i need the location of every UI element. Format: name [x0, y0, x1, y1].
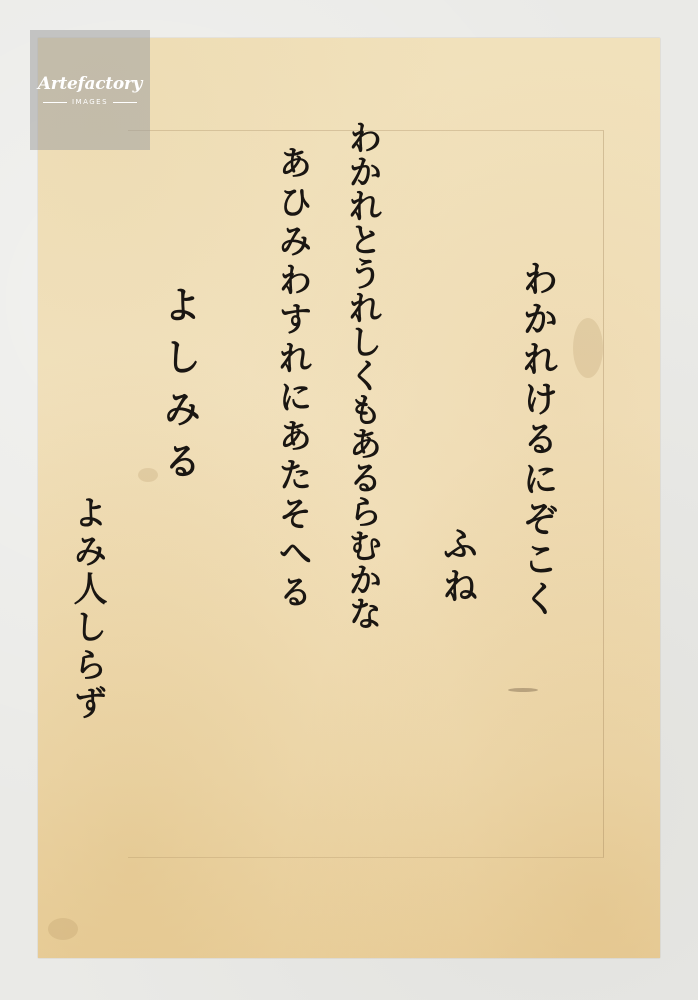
- watermark-subtitle-row: IMAGES: [43, 98, 137, 106]
- watermark-logo: Artefactory IMAGES: [30, 30, 150, 150]
- calligraphy-column-6-author: よみ人しらず: [70, 495, 104, 723]
- calligraphy-column-1: わかれけるにぞこく: [520, 260, 556, 620]
- divider-line: [43, 102, 67, 103]
- calligraphy-column-2: ふね: [440, 525, 476, 609]
- calligraphy-column-5: よしみる: [160, 285, 198, 493]
- calligraphy-column-4: あひみわすれにあたそへる: [275, 145, 309, 613]
- paper-stain: [48, 918, 78, 940]
- watermark-subtitle: IMAGES: [72, 98, 108, 106]
- calligraphy-column-3: わかれとうれしくもあるらむかな: [345, 120, 379, 630]
- watermark-brand: Artefactory: [38, 74, 142, 94]
- divider-line: [113, 102, 137, 103]
